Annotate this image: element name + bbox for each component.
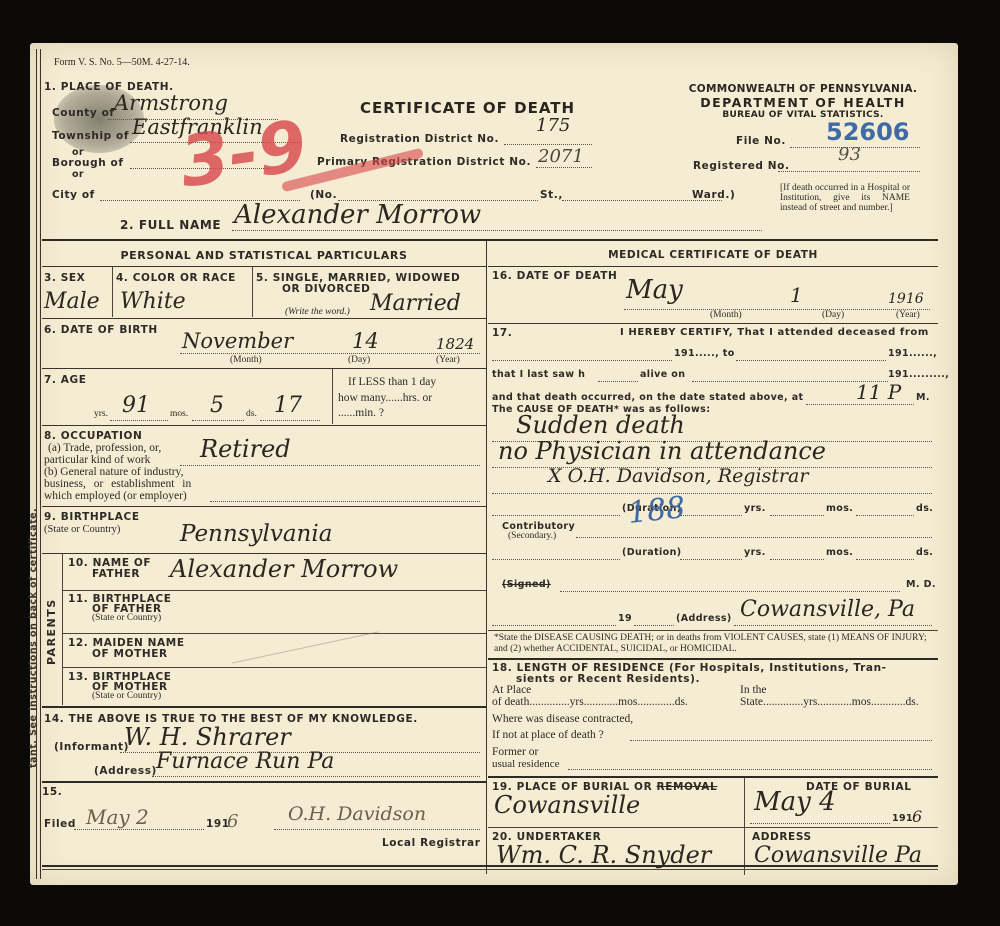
less-than-day-hours[interactable]: how many......hrs. or [338, 392, 432, 404]
age-days: 17 [274, 393, 302, 418]
father-name-value[interactable]: Alexander Morrow [170, 555, 398, 583]
marital-value[interactable]: Married [370, 291, 461, 316]
at-place-fields[interactable]: of death..............yrs............mos… [492, 696, 688, 708]
race-label: 4. COLOR OR RACE [116, 272, 236, 284]
divider [42, 553, 486, 554]
secondary-yrs-label: yrs. [744, 547, 766, 558]
informant-address-value: Furnace Run Pa [156, 749, 334, 774]
primary-district-field[interactable]: 2071 [536, 152, 592, 168]
informant-address-label: (Address) [94, 765, 157, 777]
bottom-rule [42, 865, 938, 867]
death-time-suffix: M. [916, 392, 930, 403]
registration-district-label: Registration District No. [340, 133, 499, 145]
occupation-b-line1: (b) General nature of industry, [44, 466, 183, 478]
certify-text: I HEREBY CERTIFY, That I attended deceas… [620, 327, 929, 338]
marital-label-2: OR DIVORCED [282, 283, 370, 295]
attended-to-field[interactable] [736, 350, 886, 361]
day-caption: (Day) [348, 355, 370, 365]
registered-no-label: Registered No. [693, 160, 790, 172]
in-state-fields[interactable]: State..............yrs............mos...… [740, 696, 919, 708]
date-of-death-field[interactable]: May 1 1916 [624, 297, 930, 310]
divider [42, 506, 486, 507]
county-value: Armstrong [114, 91, 228, 115]
secondary-duration-years[interactable] [680, 549, 742, 560]
signature-date-field[interactable] [492, 615, 616, 626]
filed-date-field[interactable]: May 2 [74, 817, 204, 830]
informant-value: W. H. Shrarer [124, 723, 291, 751]
birthplace-label: 9. BIRTHPLACE [44, 511, 140, 523]
burial-date-field[interactable]: May 4 [750, 813, 890, 824]
margin-instructions: tant. See instructions on back of certif… [28, 508, 39, 768]
parents-label: PARENTS [45, 598, 58, 665]
age-months-field[interactable]: 5 [192, 409, 244, 421]
if-not-label: If not at place of death ? [492, 729, 604, 741]
filed-date-value: May 2 [86, 805, 149, 829]
issuer-commonwealth: COMMONWEALTH OF PENNSYLVANIA. [678, 83, 928, 95]
age-years: 91 [122, 393, 150, 418]
divider [252, 267, 253, 317]
birthplace-value[interactable]: Pennsylvania [180, 521, 332, 547]
divider [488, 630, 938, 631]
informant-address-field[interactable]: Furnace Run Pa [152, 763, 480, 777]
physician-signature-field[interactable] [560, 581, 900, 592]
sex-label: 3. SEX [44, 272, 85, 284]
less-than-day-minutes[interactable]: ......min. ? [338, 407, 384, 419]
age-days-field[interactable]: 17 [260, 409, 320, 421]
secondary-mos-label: mos. [826, 547, 853, 558]
occupation-b-line3: which employed (or employer) [44, 490, 187, 502]
residence-label-2: sients or Recent Residents). [516, 673, 700, 685]
cause-line-3[interactable]: X O.H. Davidson, Registrar [492, 483, 932, 494]
race-value[interactable]: White [120, 289, 186, 314]
or-label: or [72, 169, 84, 180]
divider [62, 633, 486, 634]
in-state-label: In the [740, 684, 767, 696]
divider [62, 667, 486, 668]
duration-days-field[interactable] [856, 505, 914, 516]
divider [42, 706, 486, 708]
divider [744, 777, 745, 875]
father-name-label-2: FATHER [92, 568, 140, 580]
industry-field[interactable] [210, 489, 480, 502]
city-label: City of [52, 189, 95, 201]
dob-day: 14 [352, 329, 379, 353]
dod-year: 1916 [888, 291, 924, 307]
removal-struck: REMOVAL [657, 781, 718, 793]
divider [488, 658, 938, 660]
cause-line-3-value: X O.H. Davidson, Registrar [548, 465, 808, 487]
county-label: County of [52, 107, 115, 119]
secondary-ds-label: ds. [916, 547, 933, 558]
date-of-death-label: 16. DATE OF DEATH [492, 270, 617, 282]
duration-field-start[interactable] [492, 505, 620, 516]
age-label: 7. AGE [44, 374, 86, 386]
divider [488, 776, 938, 778]
mother-maiden-name-label-2: OF MOTHER [92, 648, 168, 660]
street-field[interactable] [338, 187, 538, 201]
age-months: 5 [210, 393, 224, 418]
divider [488, 827, 938, 828]
filed-label: Filed [44, 818, 76, 830]
cause-footnote: *State the DISEASE CAUSING DEATH; or in … [494, 633, 934, 654]
former-residence-field[interactable] [568, 758, 932, 770]
divider [42, 239, 938, 241]
primary-district-value: 2071 [538, 146, 584, 167]
cause-line-1-value: Sudden death [516, 411, 685, 439]
physician-address-field[interactable]: Cowansville, Pa [734, 615, 932, 626]
occupation-value: Retired [200, 435, 291, 463]
divider [42, 781, 486, 783]
personal-particulars-header: PERSONAL AND STATISTICAL PARTICULARS [42, 249, 486, 262]
signature-year-label: 19 [618, 613, 632, 624]
mother-birthplace-sub: (State or Country) [92, 691, 161, 701]
day-caption: (Day) [822, 310, 844, 320]
dod-day: 1 [790, 283, 803, 307]
physician-address-value: Cowansville, Pa [740, 597, 915, 622]
issuer-department: DEPARTMENT OF HEALTH [678, 95, 928, 110]
blue-ink-note: 188 [626, 490, 687, 531]
issuer-block: COMMONWEALTH OF PENNSYLVANIA. DEPARTMENT… [678, 83, 928, 120]
local-registrar-caption: Local Registrar [382, 837, 481, 849]
divider [42, 425, 486, 426]
secondary-duration-label: (Duration) [622, 547, 682, 558]
full-name-label: 2. FULL NAME [120, 218, 221, 232]
alive-on-label: alive on [640, 369, 685, 380]
age-years-field[interactable]: 91 [110, 409, 168, 421]
dod-month: May [626, 275, 683, 305]
burial-place-value[interactable]: Cowansville [494, 791, 640, 819]
township-label: Township of [52, 130, 129, 142]
father-birthplace-field[interactable] [180, 595, 480, 625]
divider [62, 590, 486, 591]
former-residence-label: Former or [492, 746, 538, 758]
duration-mos-label: mos. [826, 503, 853, 514]
signed-label: (Signed) [502, 579, 551, 590]
duration-ds-label: ds. [916, 503, 933, 514]
last-saw-label: that I last saw h [492, 369, 585, 380]
signature-year-field[interactable] [634, 615, 674, 626]
bottom-rule-inner [42, 869, 938, 870]
secondary-duration-start[interactable] [492, 549, 620, 560]
occupation-b-line2: business, or establishment in [44, 478, 191, 490]
full-name-field[interactable]: Alexander Morrow [232, 216, 762, 231]
attended-from-field[interactable] [492, 350, 672, 361]
divider [42, 368, 486, 369]
registration-district-field[interactable]: 175 [504, 129, 592, 145]
death-time-label: and that death occurred, on the date sta… [492, 392, 804, 403]
borough-label: Borough of [52, 157, 124, 169]
divider [488, 323, 938, 324]
sex-value[interactable]: Male [44, 289, 100, 314]
at-place-label: At Place [492, 684, 531, 696]
full-name-value: Alexander Morrow [234, 200, 481, 230]
less-than-day-note: If LESS than 1 day [348, 376, 436, 388]
divider [332, 369, 333, 424]
year-caption: (Year) [896, 310, 920, 320]
dob-field[interactable]: November 14 1824 [180, 341, 480, 354]
registration-district-value: 175 [536, 115, 570, 136]
column-divider [486, 241, 487, 874]
burial-year-suffix[interactable]: 6 [912, 807, 922, 826]
alive-on-year: 191........., [888, 369, 949, 380]
divider [112, 267, 113, 317]
age-ds-label: ds. [246, 409, 257, 419]
birthplace-sub: (State or Country) [44, 524, 120, 535]
ward-label: Ward.) [692, 189, 735, 201]
where-contracted-label: Where was disease contracted, [492, 713, 633, 725]
file-no-value: 52606 [826, 118, 910, 146]
death-time-field[interactable]: 11 P [806, 394, 914, 405]
registrar-signature-field[interactable]: O.H. Davidson [274, 817, 480, 830]
secondary-label: (Secondary.) [508, 531, 556, 541]
duration-months-field[interactable] [770, 505, 824, 516]
filed-year-suffix[interactable]: 6 [227, 811, 238, 832]
mother-birthplace-field[interactable] [180, 671, 480, 701]
divider [42, 318, 486, 319]
parents-divider [62, 553, 63, 705]
divider [42, 266, 486, 267]
age-mos-label: mos. [170, 409, 188, 419]
month-caption: (Month) [710, 310, 742, 320]
duration-yrs-label: yrs. [744, 503, 766, 514]
duration-years-field[interactable] [680, 505, 742, 516]
left-border-rule-inner [40, 49, 41, 879]
secondary-duration-months[interactable] [770, 549, 824, 560]
father-birthplace-sub: (State or Country) [92, 613, 161, 623]
form-number: Form V. S. No. 5—50M. 4-27-14. [54, 57, 190, 68]
year-caption: (Year) [436, 355, 460, 365]
cause-line-2-value: no Physician in attendance [498, 437, 826, 465]
filed-section-number: 15. [42, 786, 62, 798]
pronoun-field[interactable] [598, 371, 638, 382]
death-certificate: tant. See instructions on back of certif… [30, 43, 958, 885]
registrar-signature: O.H. Davidson [288, 803, 426, 825]
dob-year: 1824 [436, 335, 474, 353]
md-label: M. D. [906, 579, 936, 590]
attended-to-year: 191......, [888, 348, 937, 359]
burial-date-value: May 4 [754, 787, 836, 817]
where-contracted-field[interactable] [630, 729, 932, 741]
hospital-note: [If death occurred in a Hospital or Inst… [780, 183, 910, 213]
registered-no-field[interactable]: 93 [778, 158, 920, 172]
file-no-label: File No. [736, 135, 786, 147]
physician-address-label: (Address) [676, 613, 732, 624]
month-caption: (Month) [230, 355, 262, 365]
divider [488, 266, 938, 267]
attended-to-label: 191....., to [674, 348, 735, 359]
dob-label: 6. DATE OF BIRTH [44, 324, 158, 336]
medical-certificate-header: MEDICAL CERTIFICATE OF DEATH [488, 249, 938, 261]
age-yrs-label: yrs. [94, 409, 108, 419]
occupation-a-line1: (a) Trade, profession, or, [48, 442, 161, 454]
undertaker-address-label: ADDRESS [752, 831, 812, 843]
occupation-a-line2: particular kind of work [44, 454, 150, 466]
dob-month: November [182, 329, 293, 353]
burial-year-prefix: 191 [892, 813, 913, 824]
former-residence-label-2: usual residence [492, 758, 560, 770]
informant-label: (Informant) [54, 741, 129, 753]
certify-number: 17. [492, 327, 512, 339]
death-time-value: 11 P [856, 380, 901, 404]
secondary-duration-days[interactable] [856, 549, 914, 560]
street-label: St., [540, 189, 563, 201]
marital-hint: (Write the word.) [285, 307, 350, 317]
occupation-label: 8. OCCUPATION [44, 430, 142, 442]
registered-no-value: 93 [838, 144, 861, 165]
occupation-field[interactable]: Retired [180, 453, 480, 466]
